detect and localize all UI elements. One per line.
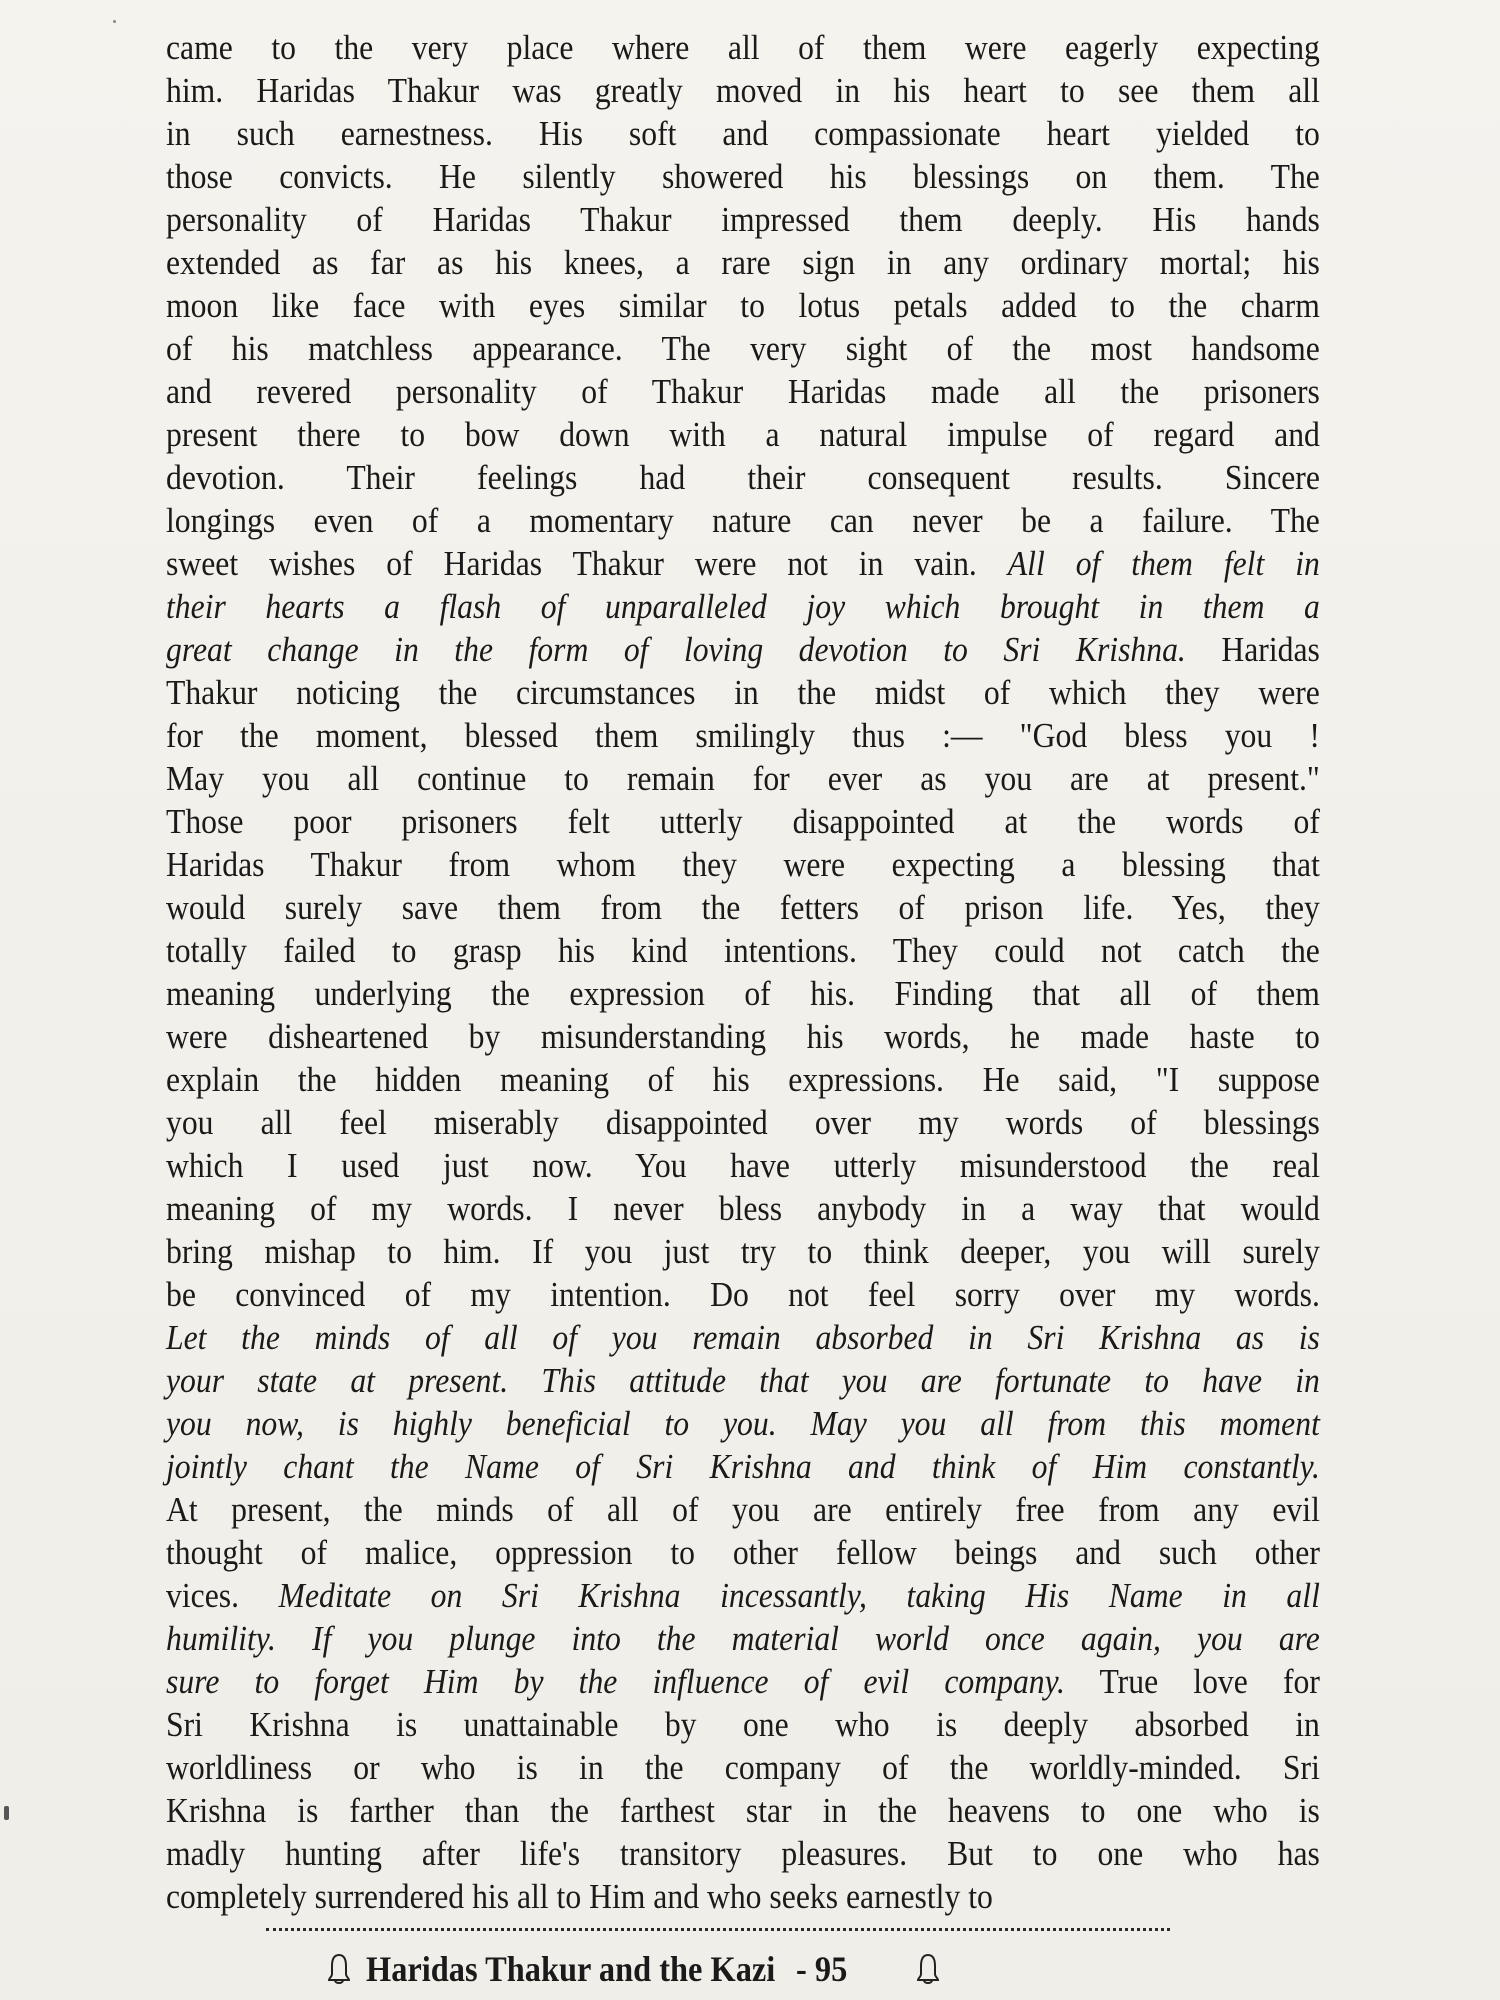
text-line: be convinced of my intention. Do not fee…: [166, 1273, 1320, 1316]
text-line: were disheartened by misunderstanding hi…: [166, 1015, 1320, 1058]
footer-title-text: Haridas Thakur and the Kazi: [366, 1949, 775, 1989]
text-line: May you all continue to remain for ever …: [166, 757, 1320, 800]
text-line: sure to forget Him by the influence of e…: [166, 1660, 1320, 1703]
text-run: explain the hidden meaning of his expres…: [166, 1060, 1320, 1099]
text-line: their hearts a flash of unparalleled joy…: [166, 585, 1320, 628]
text-line: sweet wishes of Haridas Thakur were not …: [166, 542, 1320, 585]
italic-text-run: you now, is highly beneficial to you. Ma…: [166, 1404, 1320, 1443]
text-line: jointly chant the Name of Sri Krishna an…: [166, 1445, 1320, 1488]
text-line: present there to bow down with a natural…: [166, 413, 1320, 456]
italic-text-run: Meditate on Sri Krishna incessantly, tak…: [279, 1576, 1320, 1615]
text-run: True love for: [1065, 1662, 1320, 1701]
text-run: Those poor prisoners felt utterly disapp…: [166, 802, 1320, 841]
text-line: totally failed to grasp his kind intenti…: [166, 929, 1320, 972]
text-line: moon like face with eyes similar to lotu…: [166, 284, 1320, 327]
text-run: be convinced of my intention. Do not fee…: [166, 1275, 1320, 1314]
text-run: sweet wishes of Haridas Thakur were not …: [166, 544, 1008, 583]
footer-book-title: Haridas Thakur and the Kazi - 95: [366, 1948, 847, 1990]
text-line: of his matchless appearance. The very si…: [166, 327, 1320, 370]
text-line: extended as far as his knees, a rare sig…: [166, 241, 1320, 284]
text-run: Thakur noticing the circumstances in the…: [166, 673, 1320, 712]
text-line: bring mishap to him. If you just try to …: [166, 1230, 1320, 1273]
text-line: meaning of my words. I never bless anybo…: [166, 1187, 1320, 1230]
body-text: came to the very place where all of them…: [166, 26, 1320, 1918]
text-line: him. Haridas Thakur was greatly moved in…: [166, 69, 1320, 112]
bell-icon: [915, 1952, 941, 1986]
footer-separator: -: [796, 1949, 807, 1989]
text-run: of his matchless appearance. The very si…: [166, 329, 1320, 368]
text-line: came to the very place where all of them…: [166, 26, 1320, 69]
paper-mark: [4, 1806, 9, 1820]
text-line: worldliness or who is in the company of …: [166, 1746, 1320, 1789]
text-line: Those poor prisoners felt utterly disapp…: [166, 800, 1320, 843]
text-run: Krishna is farther than the farthest sta…: [166, 1791, 1320, 1830]
text-line: longings even of a momentary nature can …: [166, 499, 1320, 542]
text-run: bring mishap to him. If you just try to …: [166, 1232, 1320, 1271]
text-run: for the moment, blessed them smilingly t…: [166, 716, 1320, 755]
text-line: you now, is highly beneficial to you. Ma…: [166, 1402, 1320, 1445]
text-run: in such earnestness. His soft and compas…: [166, 114, 1320, 153]
text-line: devotion. Their feelings had their conse…: [166, 456, 1320, 499]
bell-icon: [326, 1952, 352, 1986]
text-run: him. Haridas Thakur was greatly moved in…: [166, 71, 1320, 110]
text-run: May you all continue to remain for ever …: [166, 759, 1320, 798]
italic-text-run: your state at present. This attitude tha…: [166, 1361, 1320, 1400]
text-run: present there to bow down with a natural…: [166, 415, 1320, 454]
running-footer: Haridas Thakur and the Kazi - 95: [326, 1947, 941, 1991]
text-run: madly hunting after life's transitory pl…: [166, 1834, 1320, 1873]
text-run: totally failed to grasp his kind intenti…: [166, 931, 1320, 970]
text-run: which I used just now. You have utterly …: [166, 1146, 1320, 1185]
text-line: personality of Haridas Thakur impressed …: [166, 198, 1320, 241]
text-line: you all feel miserably disappointed over…: [166, 1101, 1320, 1144]
text-run: personality of Haridas Thakur impressed …: [166, 200, 1320, 239]
book-page: came to the very place where all of them…: [0, 0, 1500, 2000]
text-run: extended as far as his knees, a rare sig…: [166, 243, 1320, 282]
text-run: worldliness or who is in the company of …: [166, 1748, 1320, 1787]
text-run: devotion. Their feelings had their conse…: [166, 458, 1320, 497]
text-line: Sri Krishna is unattainable by one who i…: [166, 1703, 1320, 1746]
text-line: vices. Meditate on Sri Krishna incessant…: [166, 1574, 1320, 1617]
text-line: your state at present. This attitude tha…: [166, 1359, 1320, 1402]
text-line: At present, the minds of all of you are …: [166, 1488, 1320, 1531]
text-line: completely surrendered his all to Him an…: [166, 1875, 1320, 1918]
text-line: Krishna is farther than the farthest sta…: [166, 1789, 1320, 1832]
text-line: which I used just now. You have utterly …: [166, 1144, 1320, 1187]
italic-text-run: humility. If you plunge into the materia…: [166, 1619, 1320, 1658]
text-line: those convicts. He silently showered his…: [166, 155, 1320, 198]
text-line: for the moment, blessed them smilingly t…: [166, 714, 1320, 757]
text-line: in such earnestness. His soft and compas…: [166, 112, 1320, 155]
text-run: moon like face with eyes similar to lotu…: [166, 286, 1320, 325]
text-run: meaning underlying the expression of his…: [166, 974, 1320, 1013]
text-line: madly hunting after life's transitory pl…: [166, 1832, 1320, 1875]
text-run: and revered personality of Thakur Harida…: [166, 372, 1320, 411]
footer-dotted-rule: [266, 1928, 1170, 1931]
text-line: meaning underlying the expression of his…: [166, 972, 1320, 1015]
text-line: would surely save them from the fetters …: [166, 886, 1320, 929]
page-number: 95: [815, 1949, 847, 1989]
text-line: thought of malice, oppression to other f…: [166, 1531, 1320, 1574]
italic-text-run: sure to forget Him by the influence of e…: [166, 1662, 1065, 1701]
italic-text-run: Let the minds of all of you remain absor…: [166, 1318, 1320, 1357]
text-line: Let the minds of all of you remain absor…: [166, 1316, 1320, 1359]
text-run: vices.: [166, 1576, 279, 1615]
text-run: you all feel miserably disappointed over…: [166, 1103, 1320, 1142]
text-run: At present, the minds of all of you are …: [166, 1490, 1320, 1529]
text-run: Sri Krishna is unattainable by one who i…: [166, 1705, 1320, 1744]
italic-text-run: their hearts a flash of unparalleled joy…: [166, 587, 1320, 626]
text-run: Haridas: [1186, 630, 1320, 669]
text-line: great change in the form of loving devot…: [166, 628, 1320, 671]
text-run: those convicts. He silently showered his…: [166, 157, 1320, 196]
text-run: were disheartened by misunderstanding hi…: [166, 1017, 1320, 1056]
text-run: came to the very place where all of them…: [166, 28, 1320, 67]
text-line: humility. If you plunge into the materia…: [166, 1617, 1320, 1660]
text-line: Haridas Thakur from whom they were expec…: [166, 843, 1320, 886]
text-run: would surely save them from the fetters …: [166, 888, 1320, 927]
text-run: Haridas Thakur from whom they were expec…: [166, 845, 1320, 884]
italic-text-run: great change in the form of loving devot…: [166, 630, 1186, 669]
text-run: thought of malice, oppression to other f…: [166, 1533, 1320, 1572]
text-run: longings even of a momentary nature can …: [166, 501, 1320, 540]
text-run: meaning of my words. I never bless anybo…: [166, 1189, 1320, 1228]
paper-speck: [113, 20, 116, 23]
text-line: and revered personality of Thakur Harida…: [166, 370, 1320, 413]
italic-text-run: All of them felt in: [1008, 544, 1320, 583]
text-line: explain the hidden meaning of his expres…: [166, 1058, 1320, 1101]
italic-text-run: jointly chant the Name of Sri Krishna an…: [166, 1447, 1320, 1486]
text-run: completely surrendered his all to Him an…: [166, 1877, 993, 1916]
text-line: Thakur noticing the circumstances in the…: [166, 671, 1320, 714]
